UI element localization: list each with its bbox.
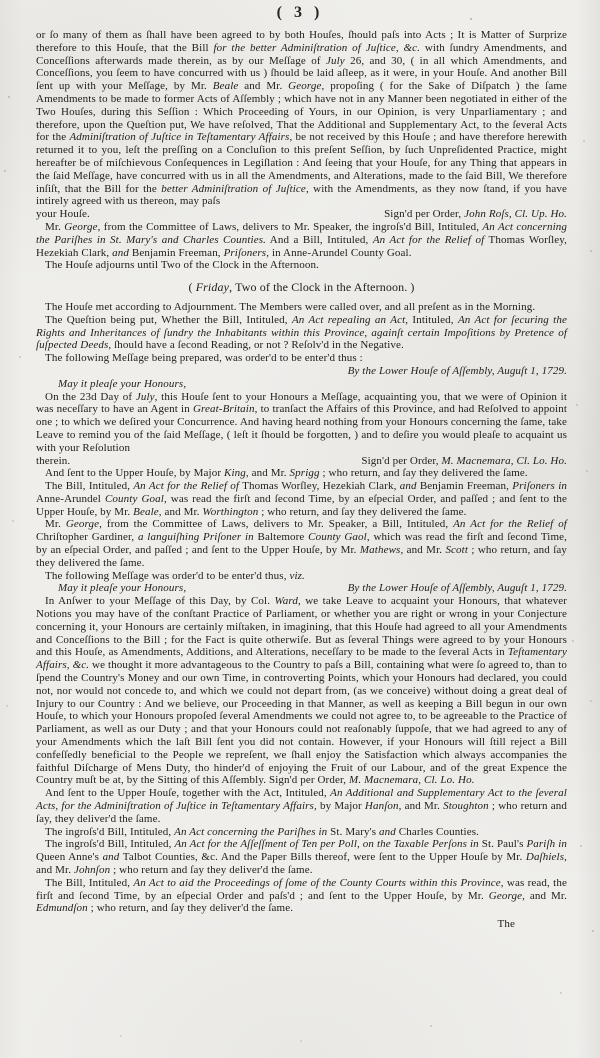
scan-speck bbox=[470, 18, 472, 20]
italic-text: George bbox=[489, 890, 522, 902]
roman-text: The ingroſs'd Bill, Intituled, bbox=[45, 838, 174, 850]
roman-text: ſhould have a ſecond Reading, or not ? R… bbox=[111, 339, 404, 351]
italic-text: An Act for the Relief of bbox=[453, 518, 567, 530]
scanned-journal-page: ( 3 ) or ſo many of them as ſhall have b… bbox=[0, 0, 600, 1058]
roman-text: And ſent to the Upper Houſe, by Major bbox=[45, 467, 224, 479]
answer-message-paragraph: In Anſwer to your Meſſage of this Day, b… bbox=[36, 595, 567, 787]
italic-text: Priſoners in bbox=[512, 480, 567, 492]
roman-text: And a Bill, Intituled, bbox=[266, 234, 373, 246]
roman-text: The Bill, Intituled, bbox=[45, 877, 133, 889]
italic-text: Scott bbox=[445, 544, 468, 556]
ingrossd-bill-assessment-paragraph: The ingroſs'd Bill, Intituled, An Act fo… bbox=[36, 838, 567, 876]
gardiner-bill-paragraph: Mr. George, from the Committee of Laws, … bbox=[36, 518, 567, 569]
roman-text: St. Mary's bbox=[327, 826, 379, 838]
italic-text: George bbox=[66, 518, 99, 530]
italic-text: County Gaol bbox=[308, 531, 367, 543]
italic-text: Adminiſtration of Juſtice in Teſtamentar… bbox=[69, 131, 289, 143]
italic-text: By the Lower Houſe of Aſſembly, Auguſt 1… bbox=[348, 365, 567, 377]
italic-text: King bbox=[224, 467, 246, 479]
italic-text: Beale bbox=[133, 506, 159, 518]
roman-text: Benjamin Freeman, bbox=[129, 247, 224, 259]
scan-speck bbox=[430, 1025, 432, 1027]
roman-text: we thought it more advantageous to the C… bbox=[36, 659, 567, 786]
roman-text: The following Meſſage being prepared, wa… bbox=[45, 352, 363, 364]
italic-text: Great-Britain bbox=[193, 403, 255, 415]
text-block: or ſo many of them as ſhall have been ag… bbox=[36, 29, 567, 931]
italic-text: Friday bbox=[196, 280, 229, 294]
roman-text: Anne-Arundel bbox=[36, 493, 105, 505]
roman-text: , and Mr. bbox=[399, 800, 443, 812]
roman-text: by Major bbox=[317, 800, 365, 812]
signature-line-upper-house: your Houſe.Sign'd per Order, John Roſs, … bbox=[36, 208, 567, 221]
roman-text: ; who return and ſay they deliver'd the … bbox=[110, 864, 312, 876]
sent-with-act-paragraph: And ſent to the Upper Houſe, together wi… bbox=[36, 787, 567, 825]
roman-text: Mr. bbox=[45, 518, 66, 530]
roman-text: , and Mr. bbox=[522, 890, 567, 902]
italic-text: July bbox=[326, 55, 345, 67]
salutation-dateline-line: May it pleaſe your Honours,By the Lower … bbox=[36, 582, 567, 595]
italic-text: M. Macnemara, Cl. Lo. Ho. bbox=[441, 455, 567, 467]
roman-text: , and Mr. bbox=[159, 506, 203, 518]
italic-text: July bbox=[136, 391, 155, 403]
italic-text: Ward bbox=[274, 595, 298, 607]
italic-text: Worthington bbox=[202, 506, 258, 518]
italic-text: and bbox=[103, 851, 120, 863]
roman-text: ; who return, and ſay they delivered the… bbox=[258, 506, 466, 518]
italic-text: Priſoners, bbox=[224, 247, 270, 259]
italic-text: George bbox=[64, 221, 97, 233]
italic-text: Beale bbox=[213, 80, 239, 92]
italic-text: Johnſon bbox=[74, 864, 110, 876]
message-ordered-paragraph: The following Meſſage was order'd to be … bbox=[36, 570, 567, 583]
roman-text: Baltemore bbox=[254, 531, 308, 543]
italic-text: Hanſon bbox=[365, 800, 399, 812]
scan-speck bbox=[6, 705, 8, 707]
session-heading: ( Friday, Two of the Clock in the Aftern… bbox=[36, 281, 567, 294]
worsley-bill-paragraph: The Bill, Intituled, An Act for the Reli… bbox=[36, 480, 567, 518]
message-continuation-paragraph: or ſo many of them as ſhall have been ag… bbox=[36, 29, 567, 208]
roman-text: Sign'd per Order, bbox=[384, 208, 464, 220]
roman-text: Benjamin Freeman, bbox=[417, 480, 513, 492]
roman-text: The Bill, Intituled, bbox=[45, 480, 133, 492]
italic-text: An Act for the Relief of bbox=[373, 234, 484, 246]
italic-text: An Act for the Aſſeſſment of Ten per Pol… bbox=[174, 838, 478, 850]
italic-text: May it pleaſe your Honours, bbox=[58, 378, 186, 390]
roman-text: ; who return, and ſay they deliver'd the… bbox=[88, 902, 293, 914]
scan-speck bbox=[580, 845, 582, 847]
roman-text: Talbot Counties, &c. And the Paper Bills… bbox=[119, 851, 525, 863]
roman-text: , Two of the Clock in the Afternoon. ) bbox=[229, 280, 414, 294]
italic-text: M. Macnemara, Cl. Lo. Ho. bbox=[349, 774, 475, 786]
roman-text: and Mr. bbox=[238, 80, 288, 92]
roman-text: , Intituled, bbox=[405, 314, 458, 326]
italic-text: An Act to aid the Proceedings of ſome of… bbox=[133, 877, 500, 889]
agent-message-paragraph: On the 23d Day of July, this Houſe ſent … bbox=[36, 391, 567, 455]
line-right: Sign'd per Order, John Roſs, Cl. Up. Ho. bbox=[384, 208, 567, 221]
italic-text: viz. bbox=[289, 570, 304, 582]
italic-text: John Roſs, Cl. Up. Ho. bbox=[464, 208, 567, 220]
adjournment-paragraph: The Houſe adjourns until Two of the Cloc… bbox=[36, 259, 567, 272]
roman-text: Sign'd per Order, bbox=[361, 455, 441, 467]
italic-text: An Act repealing an Act bbox=[292, 314, 405, 326]
italic-text: An Act for the Relief of bbox=[133, 480, 239, 492]
roman-text: , from the Committee of Laws, delivers t… bbox=[98, 221, 483, 233]
roman-text: The bbox=[498, 918, 515, 930]
italic-text: a languiſhing Priſoner in bbox=[138, 531, 254, 543]
roman-text: The following Meſſage was order'd to be … bbox=[45, 570, 289, 582]
line-right: By the Lower Houſe of Aſſembly, Auguſt 1… bbox=[348, 582, 567, 595]
italic-text: May it pleaſe your Honours, bbox=[58, 582, 186, 594]
line-left: your Houſe. bbox=[36, 208, 90, 221]
roman-text: , and Mr. bbox=[246, 467, 290, 479]
italic-text: and bbox=[112, 247, 129, 259]
roman-text: therein. bbox=[36, 455, 70, 467]
house-met-paragraph: The Houſe met according to Adjournment. … bbox=[36, 301, 567, 314]
dateline-lower-house: By the Lower Houſe of Aſſembly, Auguſt 1… bbox=[36, 365, 567, 378]
roman-text: The Houſe adjourns until Two of the Cloc… bbox=[45, 259, 319, 271]
roman-text: In Anſwer to your Meſſage of this Day, b… bbox=[45, 595, 274, 607]
italic-text: Mathews bbox=[360, 544, 401, 556]
roman-text: Queen Anne's bbox=[36, 851, 103, 863]
italic-text: and bbox=[400, 480, 417, 492]
roman-text: St. Paul's bbox=[479, 838, 527, 850]
italic-text: for the better Adminiſtration of Juſtice… bbox=[213, 42, 420, 54]
scan-speck bbox=[19, 356, 21, 358]
roman-text: Chriſtopher Gardiner, bbox=[36, 531, 138, 543]
sent-upper-house-paragraph: And ſent to the Upper Houſe, by Major Ki… bbox=[36, 467, 567, 480]
scan-speck bbox=[12, 520, 14, 522]
committee-of-laws-paragraph: Mr. George, from the Committee of Laws, … bbox=[36, 221, 567, 259]
scan-speck bbox=[590, 250, 592, 252]
italic-text: Edmundſon bbox=[36, 902, 88, 914]
roman-text: The Houſe met according to Adjournment. … bbox=[45, 301, 535, 313]
italic-text: An Act concerning the Pariſhes in bbox=[174, 826, 327, 838]
italic-text: County Goal bbox=[105, 493, 164, 505]
italic-text: George bbox=[288, 80, 321, 92]
roman-text: , from the Committee of Laws, delivers t… bbox=[99, 518, 453, 530]
salutation-line: May it pleaſe your Honours, bbox=[36, 378, 567, 391]
scan-speck bbox=[560, 992, 562, 994]
italic-text: better Adminiſtration of Juſtice bbox=[161, 183, 306, 195]
roman-text: your Houſe. bbox=[36, 208, 90, 220]
italic-text: Daſhiels bbox=[526, 851, 564, 863]
scan-speck bbox=[8, 96, 10, 98]
scan-speck bbox=[583, 140, 585, 142]
scan-speck bbox=[592, 930, 594, 932]
roman-text: And ſent to the Upper Houſe, together wi… bbox=[45, 787, 330, 799]
signature-line-lower-house: therein.Sign'd per Order, M. Macnemara, … bbox=[36, 455, 567, 468]
question-put-paragraph: The Queſtion being put, Whether the Bill… bbox=[36, 314, 567, 352]
scan-speck bbox=[120, 1035, 122, 1037]
roman-text: ( bbox=[188, 280, 195, 294]
county-courts-bill-paragraph: The Bill, Intituled, An Act to aid the P… bbox=[36, 877, 567, 915]
italic-text: Pariſh in bbox=[526, 838, 567, 850]
italic-text: and bbox=[379, 826, 396, 838]
roman-text: Mr. bbox=[45, 221, 64, 233]
roman-text: in Anne-Arundel County Goal. bbox=[269, 247, 412, 259]
scan-speck bbox=[586, 470, 588, 472]
scan-speck bbox=[300, 1040, 302, 1042]
line-left: May it pleaſe your Honours, bbox=[36, 582, 186, 595]
roman-text: , and Mr. bbox=[400, 544, 445, 556]
catchword: The bbox=[36, 918, 567, 931]
roman-text: Thomas Worſley, Hezekiah Clark, bbox=[239, 480, 400, 492]
page-number: ( 3 ) bbox=[0, 4, 600, 22]
line-left: therein. bbox=[36, 455, 70, 468]
italic-text: Sprigg bbox=[290, 467, 320, 479]
scan-speck bbox=[4, 170, 6, 172]
scan-speck bbox=[590, 700, 592, 702]
italic-text: By the Lower Houſe of Aſſembly, Auguſt 1… bbox=[348, 582, 567, 594]
roman-text: ; who return, and ſay they delivered the… bbox=[320, 467, 528, 479]
line-right: Sign'd per Order, M. Macnemara, Cl. Lo. … bbox=[361, 455, 567, 468]
italic-text: Stoughton bbox=[443, 800, 489, 812]
roman-text: Charles Counties. bbox=[396, 826, 479, 838]
ingrossd-bill-parishes-paragraph: The ingroſs'd Bill, Intituled, An Act co… bbox=[36, 826, 567, 839]
scan-speck bbox=[572, 640, 574, 642]
roman-text: The Queſtion being put, Whether the Bill… bbox=[45, 314, 292, 326]
roman-text: On the 23d Day of bbox=[45, 391, 136, 403]
scan-speck bbox=[576, 404, 578, 406]
roman-text: The ingroſs'd Bill, Intituled, bbox=[45, 826, 174, 838]
message-prepared-paragraph: The following Meſſage being prepared, wa… bbox=[36, 352, 567, 365]
